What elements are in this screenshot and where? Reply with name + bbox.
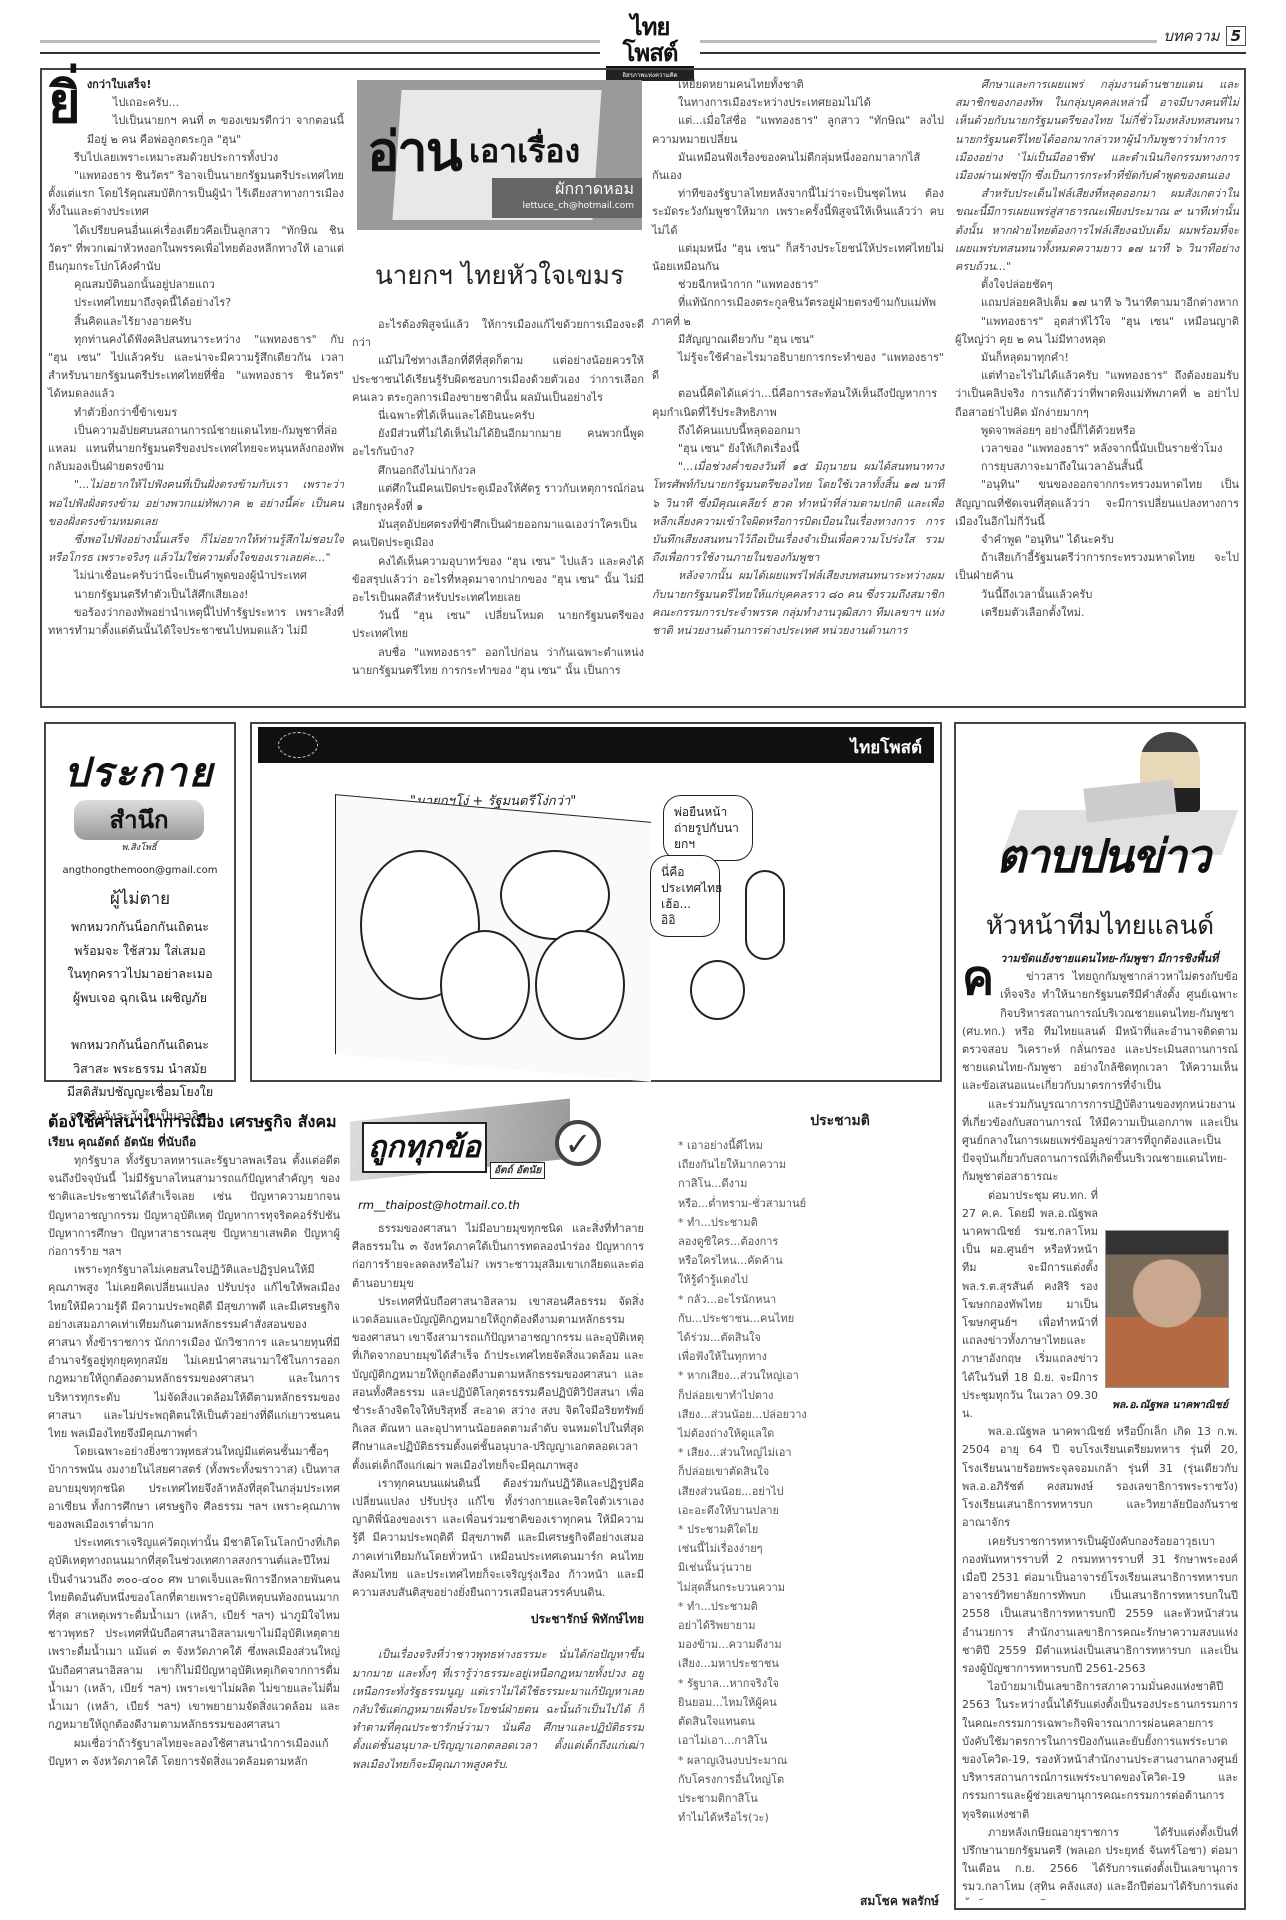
paragraph: "...ไม่อยากให้ไปฟังคนที่เป็นฝั่งตรงข้ามก…: [48, 476, 344, 531]
paragraph: สิ้นคิดและไร้ยางอายครับ: [48, 313, 344, 331]
poem-line: เพื่อฟังให้ในทุกทาง: [678, 1347, 938, 1366]
paragraph: เคยรับราชการทหารเป็นผู้บังคับกองร้อยอาวุ…: [962, 1533, 1238, 1679]
lead-text: วามขัดแย้งชายแดนไทย-กัมพูชา มีการชิงพื้น…: [962, 950, 1238, 968]
poem-line: อย่าได้ริพยายาม: [678, 1616, 938, 1635]
feature-headline: หัวหน้าทีมไทยแลนด์: [960, 905, 1240, 946]
paragraph: เตรียมตัวเลือกตั้งใหม่.: [955, 604, 1239, 622]
paragraph: ประเทศที่นับถือศาสนาอิสลาม เขาสอนศีลธรรม…: [352, 1293, 644, 1475]
paragraph: ข่าวสาร ไทยถูกกัมพูชากล่าวหาไม่ตรงกับข้อ…: [962, 968, 1238, 1095]
paragraph: ซึ่งพอไปฟังอย่างนั้นเสร็จ ก็ไม่อยากให้ท่…: [48, 531, 344, 567]
paragraph: แต่ศึกในมีคนเปิดประตูเมืองให้ศัตรู ราวกั…: [352, 480, 644, 516]
poem-line: ก็ปล่อยเขาตัดสินใจ: [678, 1462, 938, 1481]
paragraph: ขอร้องว่ากองทัพอย่านำเหตุนี้ไปทำรัฐประหา…: [48, 604, 344, 640]
poem-line: ไม่ต้องถ่างให้ดูแลใด: [678, 1424, 938, 1443]
paragraph: ถึงได้คนแบบนี้หลุดออกมา: [652, 422, 944, 440]
poem-line: ให้รู้ดำรู้แดงไป: [678, 1270, 938, 1289]
paragraph: ไม่น่าเชื่อนะครับว่านี่จะเป็นคำพูดของผู้…: [48, 567, 344, 585]
caricature-face-2: [500, 850, 610, 940]
letter-signature: ประชารักษ์ พิทักษ์ไทย: [352, 1610, 644, 1628]
paragraph: มันก็หลุดมาทุกคำ!: [955, 349, 1239, 367]
poem-line: * ทำ...ประชามติ: [678, 1213, 938, 1232]
paragraph: เป็นความอัปยศบนสถานการณ์ชายแดนไทย-กัมพูช…: [48, 422, 344, 477]
text-beside-photo: ต่อมาประชุม ศบ.ทก. ที่ 27 ค.ค. โดยมี พล.…: [962, 1187, 1098, 1424]
paragraph: ท่าทีของรัฐบาลไทยหลังจากนี้ไม่ว่าจะเป็นช…: [652, 185, 944, 240]
paragraph: วันนี้ถึงเวลานั้นแล้วครับ: [955, 586, 1239, 604]
paragraph: พล.อ.ณัฐพล นาคพาณิชย์ หรือบิ๊กเล็ก เกิด …: [962, 1423, 1238, 1532]
paragraph: ไม่รู้จะใช้คำอะไรมาอธิบายการกระทำของ "แพ…: [652, 349, 944, 385]
poem-line: เถียงกันไยให้มากความ: [678, 1155, 938, 1174]
poem-line: ไม่สุดสิ้นกระบวนความ: [678, 1578, 938, 1597]
paragraph: มันสุดอัปยศตรงที่ข้าศึกเป็นฝ่ายออกมาแฉเอ…: [352, 516, 644, 552]
paragraph: นายกรัฐมนตรีทำตัวเป็นไส้ศึกเสียเอง!: [48, 586, 344, 604]
editor-reply: เป็นเรื่องจริงที่ว่าชาวพุทธห่างธรรมะ นั่…: [352, 1646, 644, 1773]
drop-cap: ค: [962, 950, 994, 1008]
poem-column-logo: ประกาย สำนึก พ.สิงโพธิ์: [54, 740, 224, 860]
paragraph: ถ้าเสียเก้าอี้รัฐมนตรีว่าการกระทรวงมหาดไ…: [955, 549, 1239, 585]
poem-line: * รัฐบาล...หากจริงใจ: [678, 1674, 938, 1693]
paragraph: ตั้งใจปล่อยชัดๆ: [955, 276, 1239, 294]
poem-line: ยินยอม...ไหมให้ผู้คน: [678, 1693, 938, 1712]
speech-bubble-2: นี่คือประเทศไทยเฮ้อ... อิอิ: [650, 855, 720, 937]
poem-line: * กลัว...อะไรนักหนา: [678, 1290, 938, 1309]
cartoonist-mascot-icon: [278, 732, 318, 758]
paragraph: มันเหมือนฟังเรื่องของคนไม่ดีกลุ่มหนึ่งออ…: [652, 149, 944, 185]
paragraph: แต่มุมหนึ่ง "ฮุน เซน" ก็สร้างประโยชน์ให้…: [652, 240, 944, 276]
poem-line: กับโครงการอื่นใหญ่โต: [678, 1770, 938, 1789]
feature-body: ความขัดแย้งชายแดนไทย-กัมพูชา มีการชิงพื้…: [962, 950, 1238, 1900]
paragraph: ทุกรัฐบาล ทั้งรัฐบาลทหารและรัฐบาลพลเรือน…: [48, 1152, 340, 1261]
poem-line: ก็ปล่อยเขาทำไปตาง: [678, 1386, 938, 1405]
poem-line: ทำไมได้หรือไร(วะ): [678, 1808, 938, 1827]
paragraph: เพราะทุกรัฐบาลไม่เคยสนใจปฏิวัติและปฏิรูป…: [48, 1261, 340, 1443]
poem-line: * เสียง...ส่วนใหญ่ไม่เอา: [678, 1443, 938, 1462]
poem-line: กับ...ประชาชน...คนไทย: [678, 1309, 938, 1328]
poem-line: เช่นนี้ไม่เรื่องง่ายๆ: [678, 1539, 938, 1558]
paragraph: ศึกษาและการเผยแพร่ กลุ่มงานด้านชายแดน แล…: [955, 76, 1239, 185]
author-strip: ผักกาดหอม lettuce_ch@hotmail.com: [492, 178, 642, 218]
poem-email: angthongthemoon@gmail.com: [48, 865, 232, 876]
paragraph: ทุกท่านคงได้ฟังคลิปสนทนาระหว่าง "แพทองธา…: [48, 331, 344, 404]
paragraph: ที่แท้นักการเมืองตระกูลชินวัตรอยู่ฝ่ายตร…: [652, 294, 944, 330]
poem-line: เสียง...ส่วนน้อย...ปล่อยวาง: [678, 1405, 938, 1424]
paragraph: นี่เฉพาะที่ได้เห็นและได้ยินนะครับ: [352, 407, 644, 425]
cartoon-character-child: [690, 960, 745, 1020]
section-label: บทความ 5: [1157, 24, 1246, 48]
paragraph: ประเทศไทยมาถึงจุดนี้ได้อย่างไร?: [48, 294, 344, 312]
poem-line: * หากเสียง...ส่วนใหญ่เอา: [678, 1366, 938, 1385]
poem-line: หรือใครไหน...คัดค้าน: [678, 1251, 938, 1270]
paragraph: "แพทองธาร" อุตส่าห์ไว้ใจ "ฮุน เซน" เหมือ…: [955, 313, 1239, 349]
paragraph: ทำตัวยิ่งกว่าขี้ข้าเขมร: [48, 404, 344, 422]
caricature-face-3: [440, 930, 530, 1040]
letter-greeting: เรียน คุณอัตถ์ อัตนัย ที่นับถือ: [48, 1133, 196, 1152]
poem2-title: ประชามติ: [650, 1110, 950, 1132]
portrait-photo: [1105, 1230, 1229, 1388]
photo-caption: พล.อ.ณัฐพล นาคพาณิชย์: [1100, 1396, 1240, 1413]
paragraph: ในทางการเมืองระหว่างประเทศยอมไม่ได้: [652, 94, 944, 112]
paragraph: อะไรต้องพิสูจน์แล้ว ให้การเมืองแก้ไขด้วย…: [352, 316, 644, 352]
poem-line: * ทำ...ประชามติ: [678, 1597, 938, 1616]
poem-title: ผู้ไม่ตาย: [48, 885, 232, 912]
caricature-face-4: [535, 930, 625, 1040]
poem-line: เสียง...มหาประชาชน: [678, 1654, 938, 1673]
paragraph: จำคำพูด "อนุทิน" ได้นะครับ: [955, 531, 1239, 549]
checkmark-icon: ✓: [555, 1120, 601, 1166]
paragraph: แต่...เมื่อใส่ชื่อ "แพทองธาร" ลูกสาว "ทั…: [652, 112, 944, 148]
paragraph: คุณสมบัตินอกนั้นอยู่ปลายแถว: [48, 276, 344, 294]
cartoon-character-man: [745, 870, 785, 960]
poem-line: เสียงส่วนน้อย...อย่าไป: [678, 1482, 938, 1501]
paragraph: ไอบ้ายมาเป็นเลขาธิการสภาความมั่นคงแห่งชา…: [962, 1678, 1238, 1824]
top-article-col-1: ยิ่งกว่าใบเสร็จ!ไปเถอะครับ...ไปเป็นนายกฯ…: [48, 76, 344, 640]
paragraph: "...เมื่อช่วงค่ำของวันที่ ๑๕ มิถุนายน ผม…: [652, 458, 944, 567]
drop-cap: ยิ่: [48, 74, 81, 134]
poem2-body: * เอาอย่างนี้ดีไหมเถียงกันไยให้มากความกา…: [678, 1136, 938, 1827]
speech-bubble-1: พ่อยืนหน้าถ่ายรูปกับนายกฯ: [663, 795, 753, 861]
paragraph: และร่วมกันบูรณาการการปฏิบัติงานของทุกหน่…: [962, 1096, 1238, 1187]
paragraph: "แพทองธาร ชินวัตร" ริอาจเป็นนายกรัฐมนตรี…: [48, 167, 344, 222]
poem-line: กาสิโน...ดีงาม: [678, 1174, 938, 1193]
poem-line: ลองดูซิใคร...ต้องการ: [678, 1232, 938, 1251]
top-article-col-2: อะไรต้องพิสูจน์แล้ว ให้การเมืองแก้ไขด้วย…: [352, 316, 644, 680]
paragraph: พูดจาพล่อยๆ อย่างนี้ก็ได้ด้วยหรือ: [955, 422, 1239, 440]
paragraph: ผมเชื่อว่าถ้ารัฐบาลไทยจะลองใช้ศาสนานำการ…: [48, 1735, 340, 1771]
paragraph: ภายหลังเกษียณอายุราชการ ได้รับแต่งตั้งเป…: [962, 1824, 1238, 1900]
poem-line: ประชามติกาสิโน: [678, 1789, 938, 1808]
paragraph: งกว่าใบเสร็จ!: [48, 76, 344, 94]
author-email: lettuce_ch@hotmail.com: [492, 200, 634, 212]
paragraph: ยังมีส่วนที่ไม่ได้เห็นไม่ได้ยินอีกมากมาย…: [352, 425, 644, 461]
column-banner-read: อ่าน เอาเรื่อง ผักกาดหอม lettuce_ch@hotm…: [357, 80, 642, 230]
letter-col-2: ธรรมของศาสนา ไม่มีอบายมุขทุกชนิด และสิ่ง…: [352, 1220, 644, 1910]
poem-line: มิเช่นนั้นวุ่นวาย: [678, 1558, 938, 1577]
poem-line: เอะอะดึงให้บานปลาย: [678, 1501, 938, 1520]
paragraph: สำหรับประเด็นไฟล์เสียงที่หลุดออกมา ผมสัง…: [955, 185, 1239, 276]
paragraph: หลังจากนั้น ผมได้เผยแพร่ไฟล์เสียงบทสนทนา…: [652, 567, 944, 640]
paragraph: ศึกนอกถึงไม่น่ากังวล: [352, 462, 644, 480]
poem-line: * ผลาญเงินงบประมาณ: [678, 1751, 938, 1770]
poem-line: เอาไม่เอา...กาสิโน: [678, 1731, 938, 1750]
paragraph: รีบไปเลยเพราะเหมาะสมด้วยประการทั้งปวง: [48, 149, 344, 167]
paragraph: ธรรมของศาสนา ไม่มีอบายมุขทุกชนิด และสิ่ง…: [352, 1220, 644, 1293]
poem-line: * ประชามติใดไย: [678, 1520, 938, 1539]
paragraph: มีสัญญาณเดียวกับ "ฮุน เซน": [652, 331, 944, 349]
paragraph: แม้ไม่ใช่ทางเลือกที่ดีที่สุดก็ตาม แต่อย่…: [352, 352, 644, 407]
paragraph: ตอนนี้คิดได้แค่ว่า...นี่คือการสะท้อนให้เ…: [652, 385, 944, 421]
masthead: ไทยโพสต์ อิสรภาพแห่งความคิด บทความ 5: [0, 0, 1286, 62]
paragraph: "อนุทิน" ขนของออกจากกระทรวงมหาดไทย เป็นส…: [955, 476, 1239, 531]
poem-body: พกหมวกกันน็อกกันเถิดนะ พร้อมจะ ใช้สวม ใส…: [48, 915, 232, 1127]
feature-column-logo: ตาบปนข่าว: [975, 820, 1230, 893]
paragraph: เหยียดหยามคนไทยทั้งชาติ: [652, 76, 944, 94]
paragraph: วันนี้ "ฮุน เซน" เปลี่ยนโหมด นายกรัฐมนตร…: [352, 607, 644, 643]
top-article-col-3: เหยียดหยามคนไทยทั้งชาติในทางการเมืองระหว…: [652, 76, 944, 640]
paragraph: ประเทศเราเจริญแค่วัตถุเท่านั้น มีชาติโดโ…: [48, 1534, 340, 1734]
paragraph: แต่ทำอะไรไม่ได้แล้วครับ "แพทองธาร" ถึงต้…: [955, 367, 1239, 422]
paragraph: การยุบสภาจะมาถึงในเวลาอันสั้นนี้: [955, 458, 1239, 476]
paragraph: เราทุกคนบนแผ่นดินนี้ ต้องร่วมกันปฏิวัติแ…: [352, 1475, 644, 1602]
letter-col-1: ทุกรัฐบาล ทั้งรัฐบาลทหารและรัฐบาลพลเรือน…: [48, 1152, 340, 1912]
column-email: rm__thaipost@hotmail.co.th: [358, 1198, 520, 1212]
paragraph: ไปเถอะครับ...: [48, 94, 344, 112]
letter-headline: ต้องใช้ศาสนานำการเมือง เศรษฐกิจ สังคม: [48, 1110, 348, 1135]
paragraph: เวลาของ "แพทองธาร" หลังจากนี้นับเป็นรายช…: [955, 440, 1239, 458]
paragraph: ช่วยฉีกหน้ากาก "แพทองธาร": [652, 276, 944, 294]
poem-line: * เอาอย่างนี้ดีไหม: [678, 1136, 938, 1155]
paragraph: แถมปล่อยคลิปเต็ม ๑๗ นาที ๖ วินาทีตามมาอี…: [955, 294, 1239, 312]
paragraph: "ฮุน เซน" ยังให้เกิดเรื่องนี้: [652, 440, 944, 458]
paragraph: คงได้เห็นความอุบาทว์ของ "ฮุน เซน" ไปแล้ว…: [352, 553, 644, 608]
poem-line: ตัดสินใจแทนตน: [678, 1712, 938, 1731]
paragraph: ได้เปรียบคนอื่นแค่เรื่องเดียวคือเป็นลูกส…: [48, 222, 344, 277]
top-article-col-4: ศึกษาและการเผยแพร่ กลุ่มงานด้านชายแดน แล…: [955, 76, 1239, 622]
paragraph: ไปเป็นนายกฯ คนที่ ๓ ของเขมรดีกว่า จากตอน…: [48, 112, 344, 148]
poem-line: มองข้าม...ความดีงาม: [678, 1635, 938, 1654]
cartoon-header-bar: ไทยโพสต์: [258, 727, 934, 763]
poem-line: หรือ...ต่ำทราม-ชั่วสามานย์: [678, 1194, 938, 1213]
article-headline: นายกฯ ไทยหัวใจเขมร: [357, 255, 642, 296]
page-number: 5: [1226, 26, 1246, 46]
poem2-signature: สมโชค พลรักษ์: [860, 1892, 939, 1911]
column-banner-correct: ถูกทุกข้อ อัตถ์ อัตนัย ✓: [350, 1100, 635, 1195]
paragraph: ลบชื่อ "แพทองธาร" ออกไปก่อน ว่ากันเฉพาะต…: [352, 644, 644, 680]
poem-line: ได้ร่วม...ตัดสินใจ: [678, 1328, 938, 1347]
paragraph: โดยเฉพาะอย่างยิ่งชาวพุทธส่วนใหญ่มีแต่คนช…: [48, 1443, 340, 1534]
